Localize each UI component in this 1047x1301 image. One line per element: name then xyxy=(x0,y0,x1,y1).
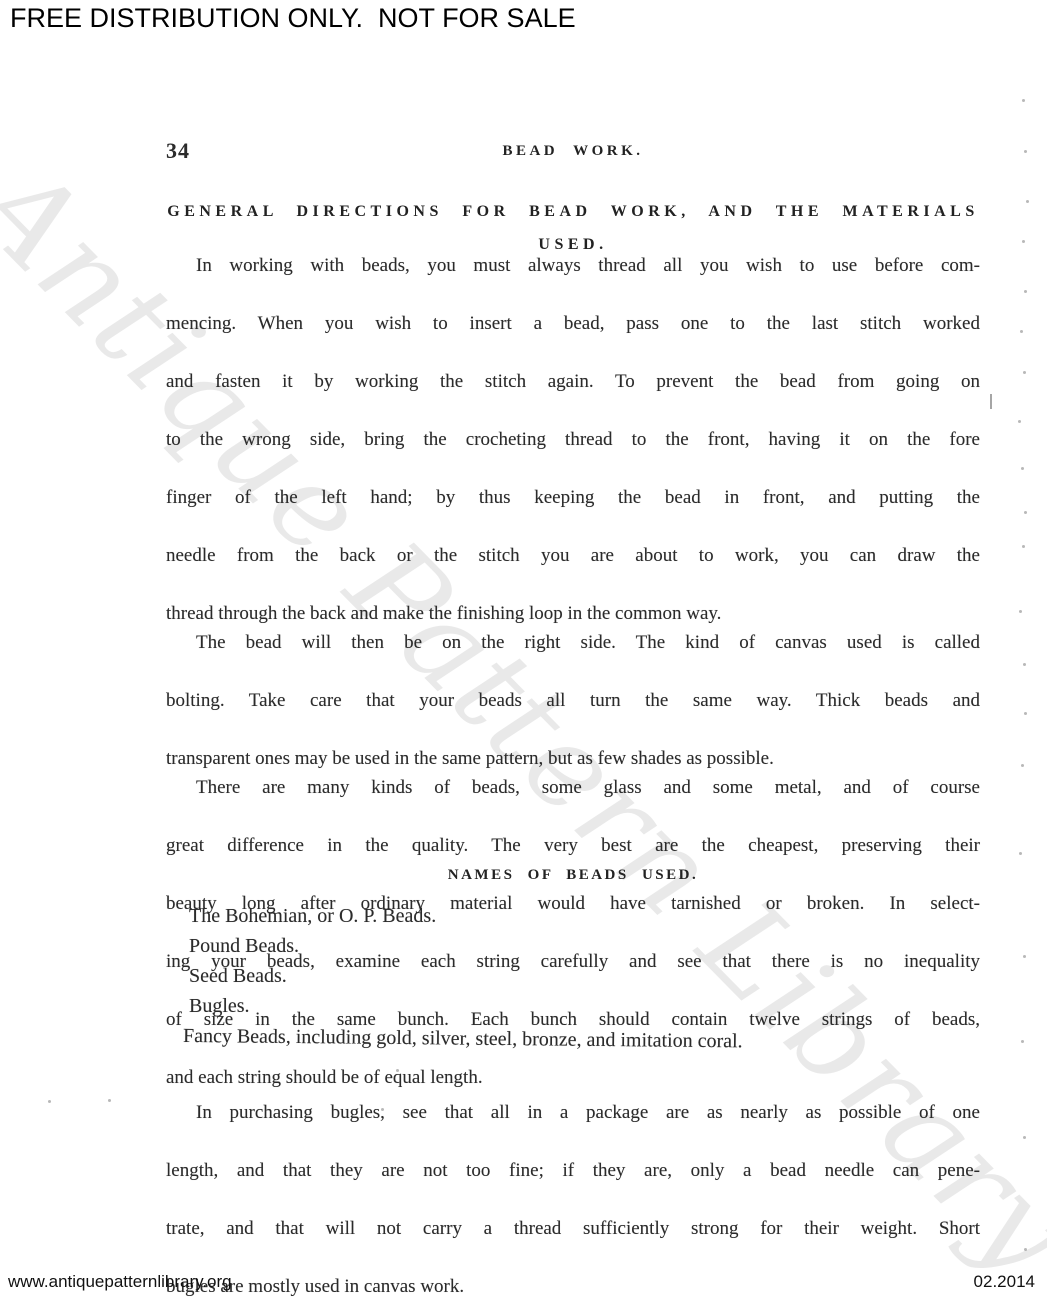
text-line: and fasten it by working the stitch agai… xyxy=(166,367,980,425)
scan-speck xyxy=(1023,371,1026,374)
bead-list-item: The Bohemian, or O. P. Beads. xyxy=(189,901,1009,931)
scan-speck xyxy=(1024,290,1027,293)
running-title: BEAD WORK. xyxy=(166,143,980,160)
scan-speck xyxy=(1024,712,1027,715)
bead-list: The Bohemian, or O. P. Beads. Pound Bead… xyxy=(189,901,1009,1051)
scan-speck xyxy=(48,1100,51,1103)
text-line: thread through the back and make the fin… xyxy=(166,599,980,628)
scan-speck xyxy=(396,1069,399,1072)
bead-list-item: Pound Beads. xyxy=(189,931,1009,961)
distribution-banner: FREE DISTRIBUTION ONLY. NOT FOR SALE xyxy=(10,3,576,34)
scan-speck xyxy=(108,1099,111,1102)
scan-tick xyxy=(990,394,992,409)
scan-speck xyxy=(1023,1136,1026,1139)
scanned-book-page: Antique Pattern Library FREE DISTRIBUTIO… xyxy=(0,0,1047,1301)
article-body: In working with beads, you must always t… xyxy=(166,251,980,1301)
beads-subheading: NAMES OF BEADS USED. xyxy=(166,867,980,884)
scan-speck xyxy=(1022,99,1025,102)
text-line: bolting. Take care that your beads all t… xyxy=(166,686,980,744)
scan-speck xyxy=(1026,200,1029,203)
scan-speck xyxy=(381,1108,384,1111)
paragraph: In working with beads, you must always t… xyxy=(166,251,980,628)
scan-speck xyxy=(1024,150,1027,153)
text-line: finger of the left hand; by thus keeping… xyxy=(166,483,980,541)
scan-speck xyxy=(1022,240,1025,243)
text-line: In working with beads, you must always t… xyxy=(166,251,980,309)
footer-date: 02.2014 xyxy=(974,1272,1035,1292)
scan-speck xyxy=(1024,1248,1027,1251)
text-line: bugles are mostly used in canvas work. xyxy=(166,1272,980,1301)
scan-speck xyxy=(1019,852,1022,855)
text-line: to the wrong side, bring the crocheting … xyxy=(166,425,980,483)
text-line: transparent ones may be used in the same… xyxy=(166,744,980,773)
scan-speck xyxy=(1019,610,1022,613)
text-line: needle from the back or the stitch you a… xyxy=(166,541,980,599)
scan-speck xyxy=(1021,764,1024,767)
scan-speck xyxy=(1020,330,1023,333)
scan-speck xyxy=(1023,663,1026,666)
text-line: and each string should be of equal lengt… xyxy=(166,1063,980,1092)
footer-url: www.antiquepatternlibrary.org xyxy=(8,1272,232,1292)
bead-list-item: Seed Beads. xyxy=(189,961,1009,991)
scan-speck xyxy=(1022,545,1025,548)
scan-speck xyxy=(1023,955,1026,958)
scan-speck xyxy=(1024,511,1027,514)
section-heading-line1: GENERAL DIRECTIONS FOR BEAD WORK, AND TH… xyxy=(166,195,980,228)
paragraph: The bead will then be on the right side.… xyxy=(166,628,980,773)
text-line: There are many kinds of beads, some glas… xyxy=(166,773,980,831)
bead-list-item: Bugles. xyxy=(189,991,1009,1021)
text-line: length, and that they are not too fine; … xyxy=(166,1156,980,1214)
text-line: trate, and that will not carry a thread … xyxy=(166,1214,980,1272)
text-line: The bead will then be on the right side.… xyxy=(166,628,980,686)
paragraph: In purchasing bugles, see that all in a … xyxy=(166,1098,980,1301)
scan-speck xyxy=(1018,420,1021,423)
scan-speck xyxy=(1021,1040,1024,1043)
text-line: mencing. When you wish to insert a bead,… xyxy=(166,309,980,367)
text-line: In purchasing bugles, see that all in a … xyxy=(166,1098,980,1156)
scan-speck xyxy=(1021,467,1024,470)
